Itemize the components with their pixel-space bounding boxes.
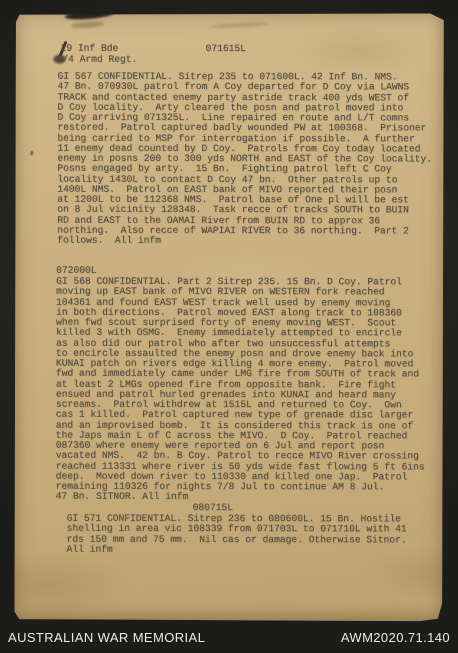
doc-header-dtg: 071615L xyxy=(206,44,246,54)
faint-scribble-top-left xyxy=(70,21,104,29)
scan-view: 29 Inf Bde 071615L 2/4 Armd Regt. GI 567… xyxy=(0,0,458,653)
sitrep-235-part2-body: GI 568 CONFIDENTIAL. Part 2 Sitrep 235. … xyxy=(56,277,425,503)
archive-caption-bar: AUSTRALIAN WAR MEMORIAL AWM2020.71.140 xyxy=(0,622,458,653)
archive-institution-label: AUSTRALIAN WAR MEMORIAL xyxy=(8,630,205,645)
archive-catalog-number: AWM2020.71.140 xyxy=(341,630,450,645)
faint-pencil-mark-top xyxy=(211,22,271,29)
sitrep-236-body: GI 571 CONFIDENTIAL. Sitrep 236 to 08060… xyxy=(67,514,407,556)
ink-fleck-left-edge xyxy=(30,151,33,156)
document-page: 29 Inf Bde 071615L 2/4 Armd Regt. GI 567… xyxy=(13,13,444,623)
doc-header-regiment: 2/4 Armd Regt. xyxy=(57,55,138,65)
doc-header-unit: 29 Inf Bde xyxy=(61,44,119,54)
sitrep-235-part1-body: GI 567 CONFIDENTIAL. Sitrep 235 to 07160… xyxy=(57,72,432,247)
sitrep-236-timestamp: 080715L xyxy=(193,503,233,513)
ink-stain-top-left xyxy=(64,9,114,21)
sitrep-235-part2-timestamp: 072000L xyxy=(56,266,96,276)
